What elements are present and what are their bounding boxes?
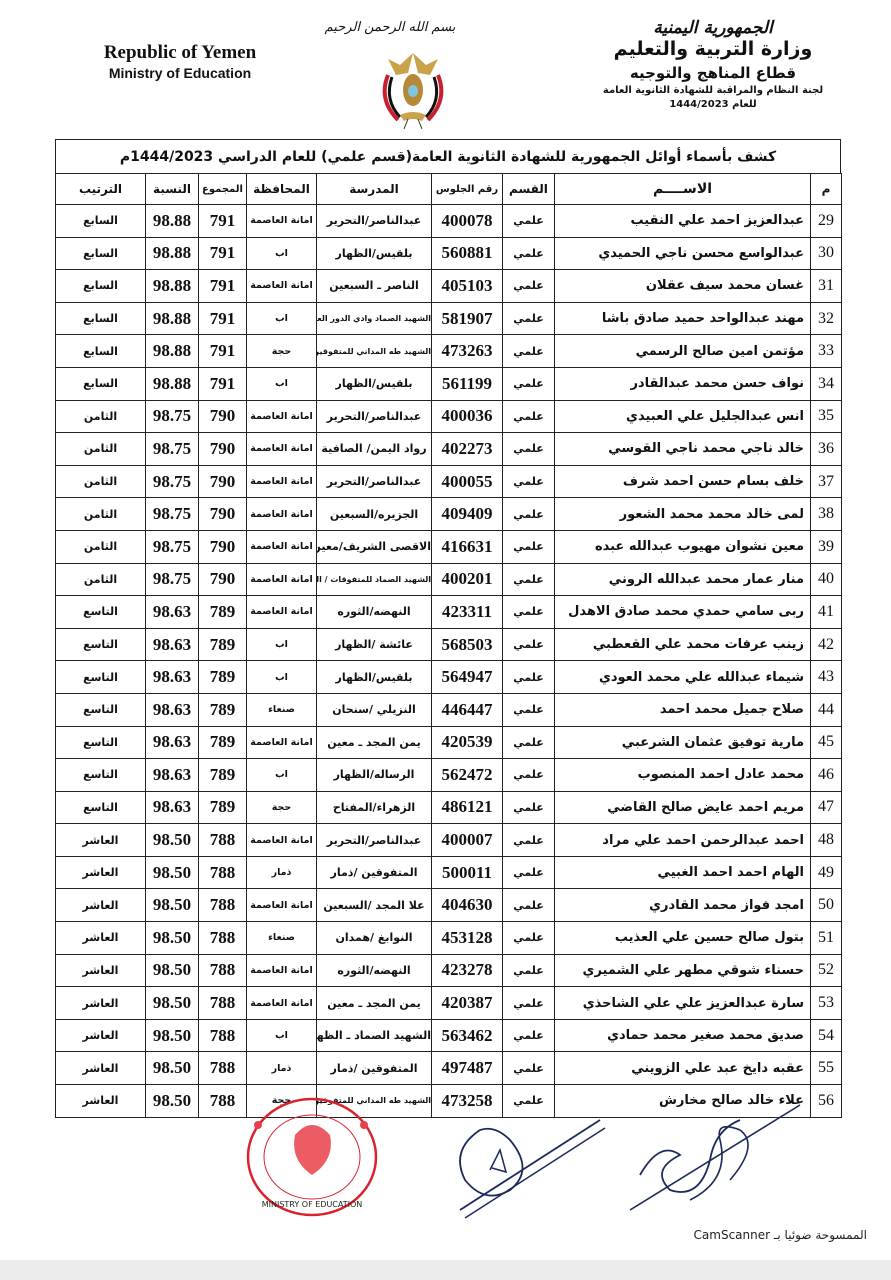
student-name-cell: صلاح جميل محمد احمد [555, 693, 811, 726]
student-name-cell: نواف حسن محمد عبدالقادر [555, 367, 811, 400]
ministry-stamp-icon: MINISTRY OF EDUCATION [240, 1095, 380, 1225]
governorate-cell: امانة العاصمة [247, 530, 317, 563]
percentage-cell: 98.75 [146, 400, 199, 433]
col-header-dept: القسم [503, 174, 555, 205]
governorate-cell: حجة [247, 791, 317, 824]
signature-1-icon [440, 1110, 610, 1220]
school-name-cell: النزيلي /سنحان [317, 693, 432, 726]
row-number-cell: 47 [811, 791, 842, 824]
col-header-name: الاســــم [555, 174, 811, 205]
signature-2-icon [620, 1100, 810, 1215]
row-number-cell: 48 [811, 824, 842, 857]
header-year: للعام 1444/2023 [593, 98, 833, 112]
col-header-total: المجموع [199, 174, 247, 205]
school-name-cell: عبدالناصر/التحرير [317, 824, 432, 857]
department-cell: علمي [503, 367, 555, 400]
student-name-cell: مؤتمن امين صالح الرسمي [555, 335, 811, 368]
row-number-cell: 46 [811, 759, 842, 792]
governorate-cell: امانة العاصمة [247, 987, 317, 1020]
school-name-cell: النوابغ /همدان [317, 922, 432, 955]
student-name-cell: خالد ناجي محمد ناجي القوسي [555, 433, 811, 466]
school-name-cell: الرساله/الظهار [317, 759, 432, 792]
total-score-cell: 791 [199, 237, 247, 270]
student-name-cell: الهام احمد احمد الغبيي [555, 856, 811, 889]
republic-calligraphy: الجمهورية اليمنية [593, 18, 833, 38]
table-row: 51بتول صالح حسين علي العذيبعلمي453128الن… [56, 922, 842, 955]
governorate-cell: اب [247, 1019, 317, 1052]
rank-cell: الثامن [56, 433, 146, 466]
row-number-cell: 36 [811, 433, 842, 466]
table-row: 47مريم احمد عايض صالح القاضيعلمي486121ال… [56, 791, 842, 824]
seat-number-cell: 423278 [432, 954, 503, 987]
student-name-cell: معين نشوان مهيوب عبدالله عبده [555, 530, 811, 563]
school-name-cell: بلقيس/الظهار [317, 367, 432, 400]
row-number-cell: 50 [811, 889, 842, 922]
svg-text:MINISTRY OF EDUCATION: MINISTRY OF EDUCATION [262, 1200, 363, 1209]
percentage-cell: 98.50 [146, 856, 199, 889]
total-score-cell: 788 [199, 922, 247, 955]
governorate-cell: امانة العاصمة [247, 400, 317, 433]
department-cell: علمي [503, 1052, 555, 1085]
total-score-cell: 791 [199, 367, 247, 400]
table-row: 48احمد عبدالرحمن احمد علي مرادعلمي400007… [56, 824, 842, 857]
row-number-cell: 40 [811, 563, 842, 596]
percentage-cell: 98.75 [146, 465, 199, 498]
row-number-cell: 30 [811, 237, 842, 270]
seat-number-cell: 409409 [432, 498, 503, 531]
table-row: 53سارة عبدالعزيز علي علي الشاحذيعلمي4203… [56, 987, 842, 1020]
table-title: كشف بأسماء أوائل الجمهورية للشهادة الثان… [55, 139, 841, 173]
governorate-cell: اب [247, 759, 317, 792]
rank-cell: العاشر [56, 856, 146, 889]
table-row: 42زينب عرفات محمد علي القعطبيعلمي568503ع… [56, 628, 842, 661]
col-header-rank: الترتيب [56, 174, 146, 205]
seat-number-cell: 416631 [432, 530, 503, 563]
governorate-cell: اب [247, 367, 317, 400]
governorate-cell: امانة العاصمة [247, 889, 317, 922]
rank-cell: السابع [56, 205, 146, 238]
rank-cell: التاسع [56, 791, 146, 824]
seat-number-cell: 473263 [432, 335, 503, 368]
rank-cell: العاشر [56, 954, 146, 987]
student-name-cell: مهند عبدالواحد حميد صادق باشا [555, 302, 811, 335]
department-cell: علمي [503, 563, 555, 596]
governorate-cell: امانة العاصمة [247, 433, 317, 466]
total-score-cell: 788 [199, 1019, 247, 1052]
table-row: 29عبدالعزيز احمد علي النقيبعلمي400078عبد… [56, 205, 842, 238]
table-row: 52حسناء شوقي مطهر علي الشميريعلمي423278ا… [56, 954, 842, 987]
total-score-cell: 790 [199, 465, 247, 498]
row-number-cell: 54 [811, 1019, 842, 1052]
yemen-emblem-icon [378, 45, 448, 130]
scanned-document-page: الجمهورية اليمنية وزارة التربية والتعليم… [0, 0, 891, 1260]
rank-cell: التاسع [56, 759, 146, 792]
school-name-cell: علا المجد /السبعين [317, 889, 432, 922]
school-name-cell: عبدالناصر/التحرير [317, 465, 432, 498]
school-name-cell: الاقصى الشريف/معين [317, 530, 432, 563]
student-name-cell: شيماء عبدالله علي محمد العودي [555, 661, 811, 694]
seat-number-cell: 400078 [432, 205, 503, 238]
total-score-cell: 789 [199, 693, 247, 726]
department-cell: علمي [503, 628, 555, 661]
table-row: 32مهند عبدالواحد حميد صادق باشاعلمي58190… [56, 302, 842, 335]
rank-cell: السابع [56, 302, 146, 335]
viewer-bottom-bar [0, 1260, 891, 1280]
percentage-cell: 98.88 [146, 270, 199, 303]
rank-cell: السابع [56, 367, 146, 400]
row-number-cell: 32 [811, 302, 842, 335]
department-cell: علمي [503, 498, 555, 531]
student-name-cell: مريم احمد عايض صالح القاضي [555, 791, 811, 824]
row-number-cell: 31 [811, 270, 842, 303]
row-number-cell: 42 [811, 628, 842, 661]
seat-number-cell: 564947 [432, 661, 503, 694]
rank-cell: الثامن [56, 498, 146, 531]
percentage-cell: 98.63 [146, 791, 199, 824]
governorate-cell: امانة العاصمة [247, 205, 317, 238]
department-cell: علمي [503, 335, 555, 368]
rank-cell: الثامن [56, 530, 146, 563]
school-name-cell: المتفوقين /ذمار [317, 1052, 432, 1085]
table-row: 43شيماء عبدالله علي محمد العوديعلمي56494… [56, 661, 842, 694]
total-score-cell: 788 [199, 987, 247, 1020]
total-score-cell: 790 [199, 433, 247, 466]
row-number-cell: 56 [811, 1085, 842, 1118]
student-name-cell: مارية توفيق عثمان الشرعبي [555, 726, 811, 759]
seat-number-cell: 420387 [432, 987, 503, 1020]
percentage-cell: 98.50 [146, 889, 199, 922]
row-number-cell: 52 [811, 954, 842, 987]
seat-number-cell: 420539 [432, 726, 503, 759]
department-cell: علمي [503, 922, 555, 955]
row-number-cell: 35 [811, 400, 842, 433]
col-header-school: المدرسة [317, 174, 432, 205]
table-row: 45مارية توفيق عثمان الشرعبيعلمي420539يمن… [56, 726, 842, 759]
school-name-cell: الشهيد الصماد وادي الدور العدين [317, 302, 432, 335]
percentage-cell: 98.88 [146, 335, 199, 368]
seat-number-cell: 405103 [432, 270, 503, 303]
governorate-cell: امانة العاصمة [247, 596, 317, 629]
total-score-cell: 788 [199, 954, 247, 987]
governorate-cell: امانة العاصمة [247, 726, 317, 759]
student-name-cell: عبدالعزيز احمد علي النقيب [555, 205, 811, 238]
rank-cell: العاشر [56, 889, 146, 922]
school-name-cell: الشهيد الصماد ـ الظهار [317, 1019, 432, 1052]
seat-number-cell: 446447 [432, 693, 503, 726]
department-cell: علمي [503, 302, 555, 335]
school-name-cell: المتفوقين /ذمار [317, 856, 432, 889]
department-cell: علمي [503, 693, 555, 726]
rank-cell: العاشر [56, 824, 146, 857]
percentage-cell: 98.50 [146, 1019, 199, 1052]
department-cell: علمي [503, 237, 555, 270]
department-cell: علمي [503, 824, 555, 857]
committee-name: لجنة النظام والمراقبة للشهادة الثانوية ا… [593, 84, 833, 98]
total-score-cell: 790 [199, 498, 247, 531]
row-number-cell: 41 [811, 596, 842, 629]
rank-cell: العاشر [56, 1019, 146, 1052]
department-cell: علمي [503, 661, 555, 694]
table-row: 33مؤتمن امين صالح الرسميعلمي473263الشهيد… [56, 335, 842, 368]
total-score-cell: 790 [199, 400, 247, 433]
row-number-cell: 38 [811, 498, 842, 531]
seat-number-cell: 400201 [432, 563, 503, 596]
percentage-cell: 98.75 [146, 433, 199, 466]
rank-cell: العاشر [56, 987, 146, 1020]
percentage-cell: 98.50 [146, 1085, 199, 1118]
department-cell: علمي [503, 759, 555, 792]
row-number-cell: 44 [811, 693, 842, 726]
department-cell: علمي [503, 791, 555, 824]
department-cell: علمي [503, 270, 555, 303]
student-name-cell: بتول صالح حسين علي العذيب [555, 922, 811, 955]
school-name-cell: الجزيره/السبعين [317, 498, 432, 531]
table-row: 30عبدالواسع محسن ناجي الحميديعلمي560881ب… [56, 237, 842, 270]
percentage-cell: 98.63 [146, 628, 199, 661]
table-row: 36خالد ناجي محمد ناجي القوسيعلمي402273رو… [56, 433, 842, 466]
department-cell: علمي [503, 987, 555, 1020]
school-name-cell: عائشة /الظهار [317, 628, 432, 661]
percentage-cell: 98.63 [146, 661, 199, 694]
seat-number-cell: 400055 [432, 465, 503, 498]
percentage-cell: 98.50 [146, 824, 199, 857]
department-cell: علمي [503, 596, 555, 629]
student-name-cell: انس عبدالجليل علي العبيدي [555, 400, 811, 433]
table-row: 49الهام احمد احمد الغبييعلمي500011المتفو… [56, 856, 842, 889]
rank-cell: التاسع [56, 693, 146, 726]
table-row: 41ربى سامي حمدي محمد صادق الاهدلعلمي4233… [56, 596, 842, 629]
percentage-cell: 98.75 [146, 563, 199, 596]
total-score-cell: 791 [199, 302, 247, 335]
student-name-cell: غسان محمد سيف عقلان [555, 270, 811, 303]
student-name-cell: سارة عبدالعزيز علي علي الشاحذي [555, 987, 811, 1020]
total-score-cell: 790 [199, 530, 247, 563]
sector-name: قطاع المناهج والتوجيه [593, 62, 833, 84]
seat-number-cell: 568503 [432, 628, 503, 661]
school-name-cell: الزهراء/المفتاح [317, 791, 432, 824]
row-number-cell: 34 [811, 367, 842, 400]
percentage-cell: 98.63 [146, 759, 199, 792]
governorate-cell: اب [247, 661, 317, 694]
row-number-cell: 53 [811, 987, 842, 1020]
percentage-cell: 98.50 [146, 987, 199, 1020]
table-row: 39معين نشوان مهيوب عبدالله عبدهعلمي41663… [56, 530, 842, 563]
percentage-cell: 98.88 [146, 237, 199, 270]
department-cell: علمي [503, 1019, 555, 1052]
results-table-container: كشف بأسماء أوائل الجمهورية للشهادة الثان… [55, 139, 841, 1118]
school-name-cell: عبدالناصر/التحرير [317, 400, 432, 433]
row-number-cell: 49 [811, 856, 842, 889]
row-number-cell: 33 [811, 335, 842, 368]
ministry-name-en: Ministry of Education [90, 64, 270, 82]
governorate-cell: حجة [247, 335, 317, 368]
percentage-cell: 98.75 [146, 498, 199, 531]
student-name-cell: ربى سامي حمدي محمد صادق الاهدل [555, 596, 811, 629]
department-cell: علمي [503, 433, 555, 466]
school-name-cell: يمن المجد ـ معين [317, 987, 432, 1020]
seat-number-cell: 560881 [432, 237, 503, 270]
top-students-table: م الاســــم القسم رقم الجلوس المدرسة الم… [55, 173, 842, 1118]
student-name-cell: خلف بسام حسن احمد شرف [555, 465, 811, 498]
basmala: بسم الله الرحمن الرحيم [290, 20, 490, 35]
governorate-cell: امانة العاصمة [247, 954, 317, 987]
school-name-cell: بلقيس/الظهار [317, 237, 432, 270]
seat-number-cell: 423311 [432, 596, 503, 629]
department-cell: علمي [503, 856, 555, 889]
governorate-cell: اب [247, 628, 317, 661]
table-row: 40منار عمار محمد عبدالله الرونيعلمي40020… [56, 563, 842, 596]
percentage-cell: 98.63 [146, 693, 199, 726]
department-cell: علمي [503, 954, 555, 987]
governorate-cell: اب [247, 237, 317, 270]
total-score-cell: 789 [199, 759, 247, 792]
row-number-cell: 55 [811, 1052, 842, 1085]
governorate-cell: اب [247, 302, 317, 335]
row-number-cell: 29 [811, 205, 842, 238]
percentage-cell: 98.88 [146, 367, 199, 400]
col-header-no: م [811, 174, 842, 205]
total-score-cell: 789 [199, 596, 247, 629]
table-row: 55عقبه دايخ عبد علي الزوينيعلمي497487الم… [56, 1052, 842, 1085]
percentage-cell: 98.63 [146, 596, 199, 629]
rank-cell: التاسع [56, 661, 146, 694]
school-name-cell: الشهيد طه المداني للمتفوقين [317, 335, 432, 368]
percentage-cell: 98.88 [146, 205, 199, 238]
rank-cell: الثامن [56, 465, 146, 498]
table-row: 38لمى خالد محمد محمد الشعورعلمي409409الج… [56, 498, 842, 531]
seat-number-cell: 404630 [432, 889, 503, 922]
row-number-cell: 39 [811, 530, 842, 563]
student-name-cell: احمد عبدالرحمن احمد علي مراد [555, 824, 811, 857]
col-header-percentage: النسبة [146, 174, 199, 205]
governorate-cell: امانة العاصمة [247, 498, 317, 531]
student-name-cell: عقبه دايخ عبد علي الزويني [555, 1052, 811, 1085]
republic-name-en: Republic of Yemen [90, 42, 270, 64]
col-header-seat: رقم الجلوس [432, 174, 503, 205]
table-row: 35انس عبدالجليل علي العبيديعلمي400036عبد… [56, 400, 842, 433]
governorate-cell: صنعاء [247, 922, 317, 955]
col-header-governorate: المحافظة [247, 174, 317, 205]
percentage-cell: 98.50 [146, 922, 199, 955]
governorate-cell: امانة العاصمة [247, 563, 317, 596]
header-english-block: Republic of Yemen Ministry of Education [90, 42, 270, 82]
table-row: 31غسان محمد سيف عقلانعلمي405103الناصر ـ … [56, 270, 842, 303]
seat-number-cell: 486121 [432, 791, 503, 824]
seat-number-cell: 562472 [432, 759, 503, 792]
total-score-cell: 789 [199, 661, 247, 694]
total-score-cell: 788 [199, 824, 247, 857]
student-name-cell: امجد فواز محمد القادري [555, 889, 811, 922]
student-name-cell: محمد عادل احمد المنصوب [555, 759, 811, 792]
row-number-cell: 51 [811, 922, 842, 955]
table-row: 54صديق محمد صغير محمد حماديعلمي563462الش… [56, 1019, 842, 1052]
school-name-cell: النهضه/الثوره [317, 954, 432, 987]
percentage-cell: 98.63 [146, 726, 199, 759]
table-row: 34نواف حسن محمد عبدالقادرعلمي561199بلقيس… [56, 367, 842, 400]
department-cell: علمي [503, 889, 555, 922]
rank-cell: العاشر [56, 922, 146, 955]
percentage-cell: 98.50 [146, 1052, 199, 1085]
total-score-cell: 791 [199, 335, 247, 368]
seat-number-cell: 400007 [432, 824, 503, 857]
total-score-cell: 789 [199, 791, 247, 824]
governorate-cell: ذمار [247, 1052, 317, 1085]
rank-cell: السابع [56, 237, 146, 270]
school-name-cell: يمن المجد ـ معين [317, 726, 432, 759]
school-name-cell: الشهيد الصماد للمتفوقات / التحرير [317, 563, 432, 596]
department-cell: علمي [503, 465, 555, 498]
total-score-cell: 788 [199, 889, 247, 922]
governorate-cell: امانة العاصمة [247, 824, 317, 857]
seat-number-cell: 453128 [432, 922, 503, 955]
student-name-cell: حسناء شوقي مطهر علي الشميري [555, 954, 811, 987]
department-cell: علمي [503, 205, 555, 238]
table-row: 44صلاح جميل محمد احمدعلمي446447النزيلي /… [56, 693, 842, 726]
department-cell: علمي [503, 530, 555, 563]
seat-number-cell: 561199 [432, 367, 503, 400]
student-name-cell: عبدالواسع محسن ناجي الحميدي [555, 237, 811, 270]
percentage-cell: 98.88 [146, 302, 199, 335]
rank-cell: التاسع [56, 726, 146, 759]
student-name-cell: زينب عرفات محمد علي القعطبي [555, 628, 811, 661]
header-arabic-block: الجمهورية اليمنية وزارة التربية والتعليم… [593, 18, 833, 112]
total-score-cell: 788 [199, 1052, 247, 1085]
percentage-cell: 98.50 [146, 954, 199, 987]
ministry-name-ar: وزارة التربية والتعليم [593, 38, 833, 60]
school-name-cell: بلقيس/الظهار [317, 661, 432, 694]
rank-cell: السابع [56, 335, 146, 368]
table-row: 37خلف بسام حسن احمد شرفعلمي400055عبدالنا… [56, 465, 842, 498]
school-name-cell: عبدالناصر/التحرير [317, 205, 432, 238]
governorate-cell: امانة العاصمة [247, 465, 317, 498]
seat-number-cell: 400036 [432, 400, 503, 433]
school-name-cell: رواد اليمن/ الصافية [317, 433, 432, 466]
rank-cell: العاشر [56, 1085, 146, 1118]
rank-cell: الثامن [56, 563, 146, 596]
rank-cell: السابع [56, 270, 146, 303]
total-score-cell: 790 [199, 563, 247, 596]
student-name-cell: لمى خالد محمد محمد الشعور [555, 498, 811, 531]
total-score-cell: 791 [199, 205, 247, 238]
student-name-cell: منار عمار محمد عبدالله الروني [555, 563, 811, 596]
row-number-cell: 45 [811, 726, 842, 759]
row-number-cell: 43 [811, 661, 842, 694]
percentage-cell: 98.75 [146, 530, 199, 563]
total-score-cell: 789 [199, 726, 247, 759]
rank-cell: التاسع [56, 628, 146, 661]
seat-number-cell: 497487 [432, 1052, 503, 1085]
department-cell: علمي [503, 726, 555, 759]
governorate-cell: امانة العاصمة [247, 270, 317, 303]
rank-cell: العاشر [56, 1052, 146, 1085]
total-score-cell: 788 [199, 856, 247, 889]
table-row: 50امجد فواز محمد القادريعلمي404630علا ال… [56, 889, 842, 922]
student-name-cell: صديق محمد صغير محمد حمادي [555, 1019, 811, 1052]
governorate-cell: ذمار [247, 856, 317, 889]
row-number-cell: 37 [811, 465, 842, 498]
total-score-cell: 789 [199, 628, 247, 661]
rank-cell: التاسع [56, 596, 146, 629]
seat-number-cell: 581907 [432, 302, 503, 335]
camscanner-label: الممسوحة ضوئيا بـ CamScanner [694, 1228, 867, 1242]
rank-cell: الثامن [56, 400, 146, 433]
table-header-row: م الاســــم القسم رقم الجلوس المدرسة الم… [56, 174, 842, 205]
department-cell: علمي [503, 400, 555, 433]
table-row: 46محمد عادل احمد المنصوبعلمي562472الرسال… [56, 759, 842, 792]
seat-number-cell: 563462 [432, 1019, 503, 1052]
total-score-cell: 791 [199, 270, 247, 303]
governorate-cell: صنعاء [247, 693, 317, 726]
